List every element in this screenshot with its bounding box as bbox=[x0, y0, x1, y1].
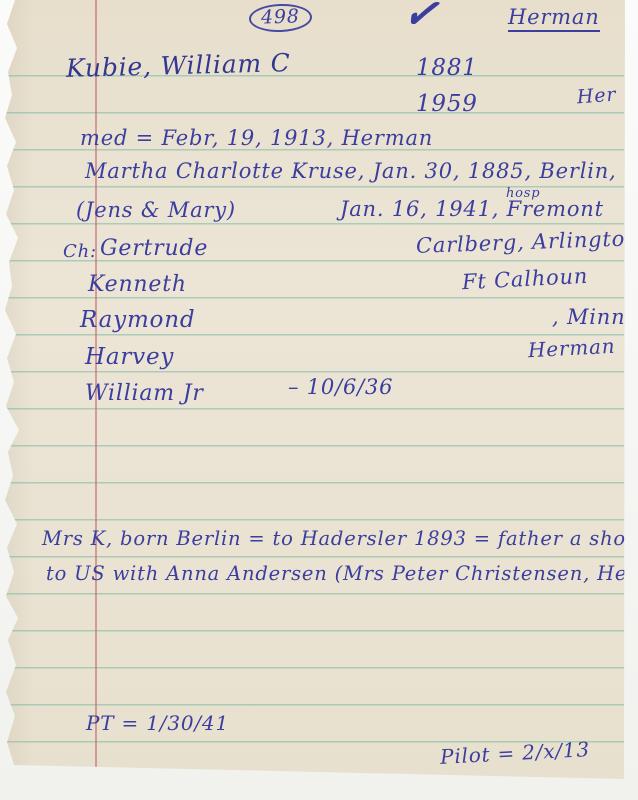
header-region-label: Herman bbox=[508, 6, 600, 32]
birth-year: 1881 bbox=[416, 56, 478, 81]
death-year: 1959 bbox=[416, 92, 478, 117]
scanned-page: 498 ✓ Herman Kubie, William C 1881 1959 … bbox=[0, 0, 638, 800]
children-prefix: Ch: bbox=[63, 242, 97, 262]
child-name-harvey: Harvey bbox=[85, 345, 174, 370]
family-note-line-1: Mrs K, born Berlin = to Hadersler 1893 =… bbox=[42, 528, 638, 549]
child-name-raymond: Raymond bbox=[80, 308, 195, 333]
spouse-death-date: Jan. 16, 1941, Fremont bbox=[340, 197, 604, 221]
child-name-william-jr: William Jr bbox=[85, 382, 204, 406]
page-number-badge: 498 bbox=[249, 3, 313, 33]
notebook-paper: 498 ✓ Herman Kubie, William C 1881 1959 … bbox=[0, 0, 638, 800]
spouse-line: Martha Charlotte Kruse, Jan. 30, 1885, B… bbox=[85, 160, 638, 183]
spouse-death-superscript: hosp bbox=[506, 187, 540, 201]
spouse-parents: (Jens & Mary) bbox=[76, 199, 236, 222]
family-note-line-2: to US with Anna Andersen (Mrs Peter Chri… bbox=[46, 563, 638, 584]
child-name-kenneth: Kenneth bbox=[88, 273, 187, 297]
spouse-death-tail: = H bbox=[625, 197, 638, 221]
child-note-william-jr: – 10/6/36 bbox=[288, 376, 393, 399]
check-mark: ✓ bbox=[400, 0, 443, 42]
child-note-raymond: , Minn. bbox=[552, 306, 633, 329]
margin-note-her: Her bbox=[576, 85, 617, 109]
marriage-line: med = Febr, 19, 1913, Herman bbox=[80, 127, 433, 150]
footer-pt-date: PT = 1/30/41 bbox=[86, 712, 229, 734]
child-note-harvey: Herman bbox=[527, 335, 615, 362]
entry-name: Kubie, William C bbox=[66, 49, 291, 82]
spouse-death-line: Jan. 16, 1941, Fremont = H bbox=[340, 198, 638, 221]
child-name-gertrude: Gertrude bbox=[100, 237, 208, 261]
